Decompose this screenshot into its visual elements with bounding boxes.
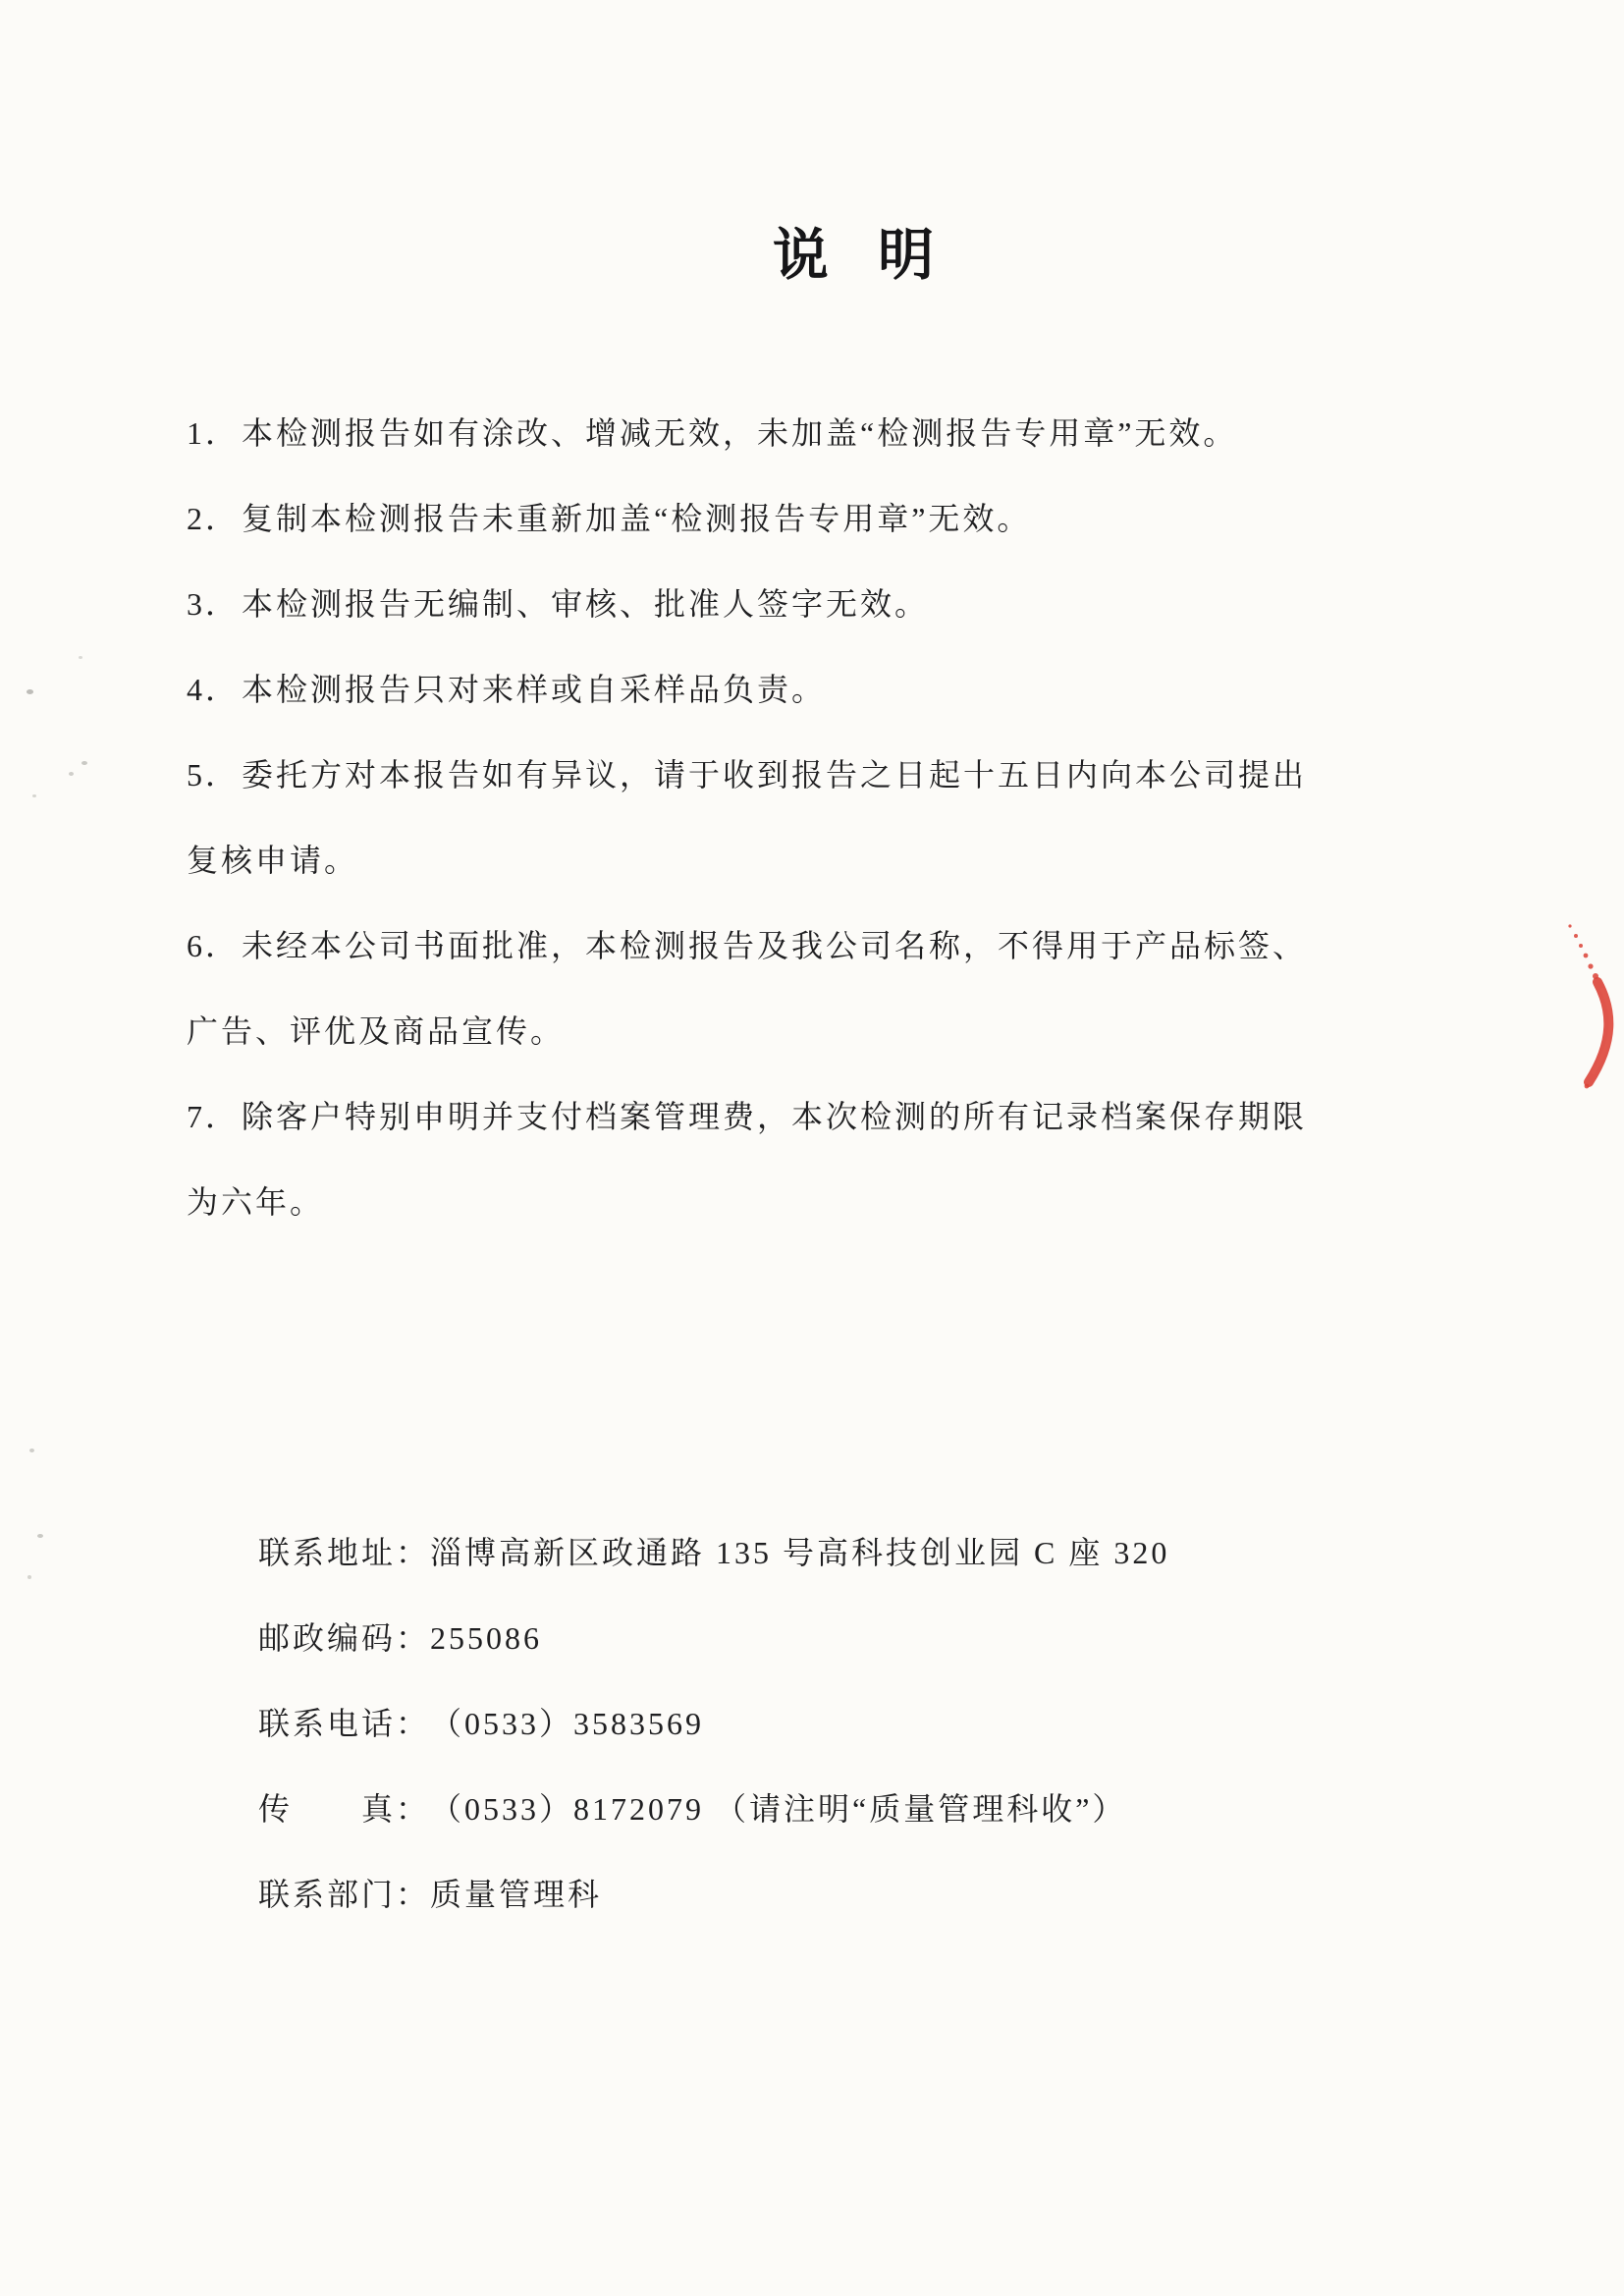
list-item-6-continuation: 广告、评优及商品宣传。: [187, 989, 1434, 1074]
list-item-5-continuation: 复核申请。: [187, 818, 1434, 903]
item-text: 本检测报告如有涂改、增减无效，未加盖“检测报告专用章”无效。: [242, 415, 1237, 451]
item-text: 除客户特别申明并支付档案管理费，本次检测的所有记录档案保存期限: [242, 1099, 1307, 1134]
item-number: 2．: [187, 476, 242, 562]
page-title: 说 明: [0, 210, 1624, 291]
item-number: 6．: [187, 903, 242, 989]
scan-speckle: [81, 761, 87, 765]
contact-value: （0533）3583569: [430, 1681, 704, 1767]
contact-value: 淄博高新区政通路 135 号高科技创业园 C 座 320: [430, 1510, 1169, 1596]
item-text: 委托方对本报告如有异议，请于收到报告之日起十五日内向本公司提出: [242, 757, 1307, 793]
list-item-4: 4．本检测报告只对来样或自采样品负责。: [187, 647, 1434, 733]
list-item-7: 7．除客户特别申明并支付档案管理费，本次检测的所有记录档案保存期限: [187, 1074, 1434, 1160]
item-number: 3．: [187, 562, 242, 647]
item-number: 4．: [187, 647, 242, 733]
scan-speckle: [32, 794, 36, 797]
item-number: 1．: [187, 391, 242, 476]
contact-row-postcode: 邮政编码：255086: [258, 1596, 1436, 1681]
item-text: 本检测报告无编制、审核、批准人签字无效。: [242, 586, 929, 622]
item-number: 7．: [187, 1074, 242, 1160]
scan-speckle: [37, 1534, 43, 1538]
list-item-1: 1．本检测报告如有涂改、增减无效，未加盖“检测报告专用章”无效。: [187, 391, 1434, 476]
contact-row-phone: 联系电话：（0533）3583569: [258, 1681, 1436, 1767]
contact-label: 联系电话：: [258, 1681, 430, 1767]
contact-label: 联系部门：: [258, 1852, 430, 1938]
contact-value: （0533）8172079 （请注明“质量管理科收”）: [430, 1767, 1126, 1852]
item-text: 未经本公司书面批准，本检测报告及我公司名称，不得用于产品标签、: [242, 928, 1307, 963]
notes-list: 1．本检测报告如有涂改、增减无效，未加盖“检测报告专用章”无效。 2．复制本检测…: [187, 391, 1434, 1245]
scan-speckle: [69, 772, 74, 776]
contact-row-fax: 传 真：（0533）8172079 （请注明“质量管理科收”）: [258, 1767, 1436, 1852]
scan-speckle: [29, 1449, 34, 1452]
contact-value: 255086: [430, 1596, 542, 1681]
item-number: 5．: [187, 733, 242, 818]
list-item-5: 5．委托方对本报告如有异议，请于收到报告之日起十五日内向本公司提出: [187, 733, 1434, 818]
list-item-2: 2．复制本检测报告未重新加盖“检测报告专用章”无效。: [187, 476, 1434, 562]
list-item-3: 3．本检测报告无编制、审核、批准人签字无效。: [187, 562, 1434, 647]
item-text: 本检测报告只对来样或自采样品负责。: [242, 672, 826, 707]
contact-label: 邮政编码：: [258, 1596, 430, 1681]
scan-speckle: [27, 1575, 31, 1579]
scan-speckle: [27, 689, 33, 694]
red-stamp-edge-mark: [1553, 919, 1624, 1102]
contact-value: 质量管理科: [430, 1852, 602, 1938]
item-text: 复制本检测报告未重新加盖“检测报告专用章”无效。: [242, 501, 1031, 536]
contact-row-department: 联系部门：质量管理科: [258, 1852, 1436, 1938]
contact-label: 传 真：: [258, 1767, 430, 1852]
contact-row-address: 联系地址：淄博高新区政通路 135 号高科技创业园 C 座 320: [258, 1510, 1436, 1596]
scan-speckle: [79, 656, 82, 659]
contact-label: 联系地址：: [258, 1510, 430, 1596]
list-item-7-continuation: 为六年。: [187, 1160, 1434, 1245]
list-item-6: 6．未经本公司书面批准，本检测报告及我公司名称，不得用于产品标签、: [187, 903, 1434, 989]
contact-block: 联系地址：淄博高新区政通路 135 号高科技创业园 C 座 320 邮政编码：2…: [258, 1510, 1436, 1938]
document-page: 说 明 1．本检测报告如有涂改、增减无效，未加盖“检测报告专用章”无效。 2．复…: [0, 0, 1624, 2296]
